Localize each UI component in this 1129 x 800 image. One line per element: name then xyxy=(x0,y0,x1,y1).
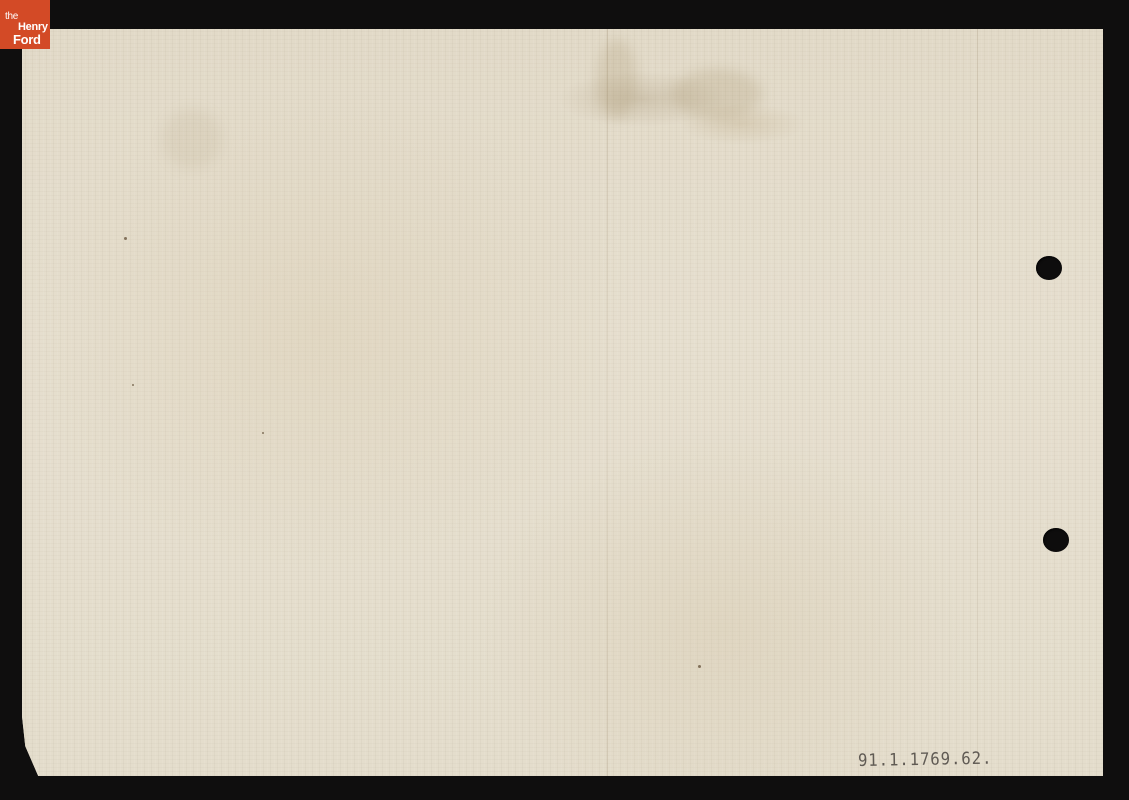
linen-sheet xyxy=(22,29,1103,776)
foxing-speck xyxy=(132,384,134,386)
binding-crease-line xyxy=(977,29,978,776)
foxing-speck xyxy=(698,665,701,668)
punched-hole-bottom xyxy=(1043,528,1069,552)
logo-text-ford: Ford xyxy=(13,33,41,46)
logo-text-the: the xyxy=(5,12,18,22)
faint-stain xyxy=(162,109,222,169)
foxing-speck xyxy=(124,237,127,240)
foxing-speck xyxy=(262,432,264,434)
the-henry-ford-logo[interactable]: the Henry Ford xyxy=(0,0,50,49)
water-stain xyxy=(672,69,762,119)
crease-line xyxy=(607,29,608,776)
accession-number: 91.1.1769.62. xyxy=(858,749,993,771)
punched-hole-top xyxy=(1036,256,1062,280)
water-stain xyxy=(597,39,637,119)
image-stage: the Henry Ford 91.1.1769.62. xyxy=(0,0,1129,800)
